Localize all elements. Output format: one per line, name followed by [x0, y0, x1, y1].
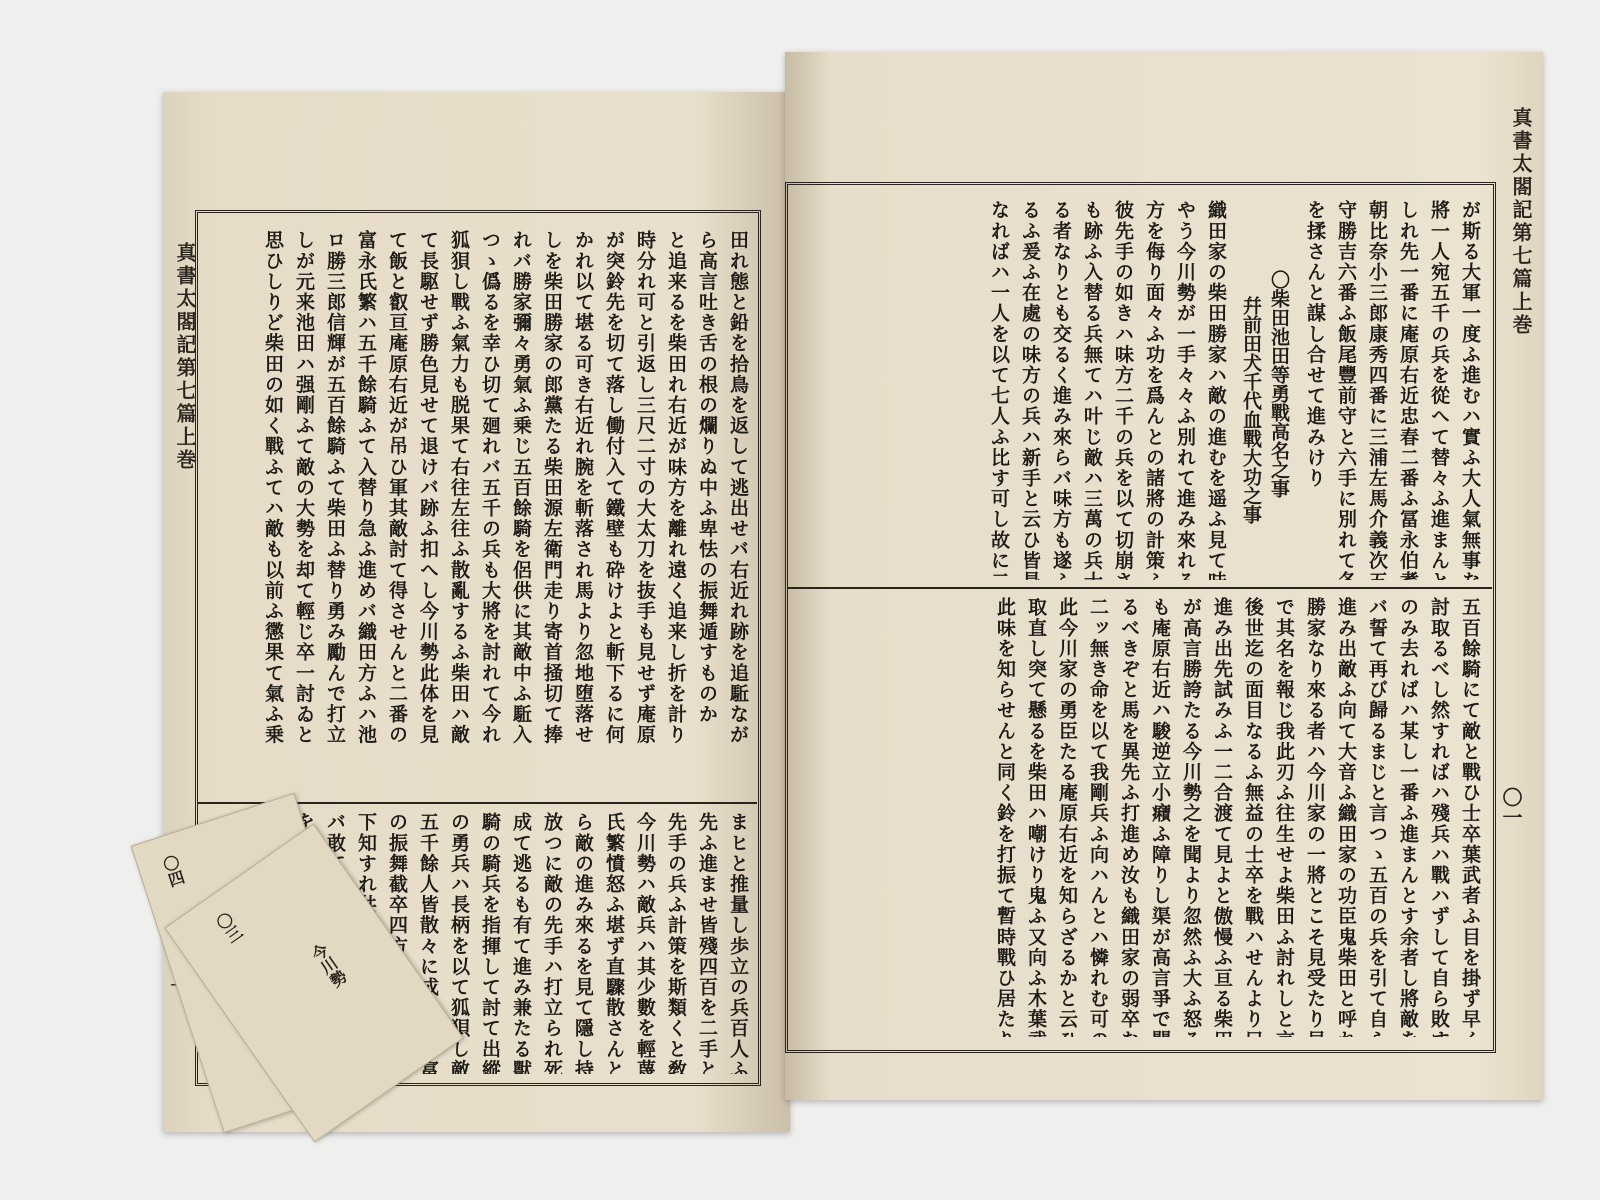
text-column: 富永氏繁ハ五千餘騎ふて入替り急ふ進めバ織田方ふハ池: [350, 230, 381, 795]
text-column: しを柴田勝家の郎黨たる柴田源左衛門走り寄首掻切て捧: [536, 230, 567, 795]
text-column: 二ッ無き命を以て我剛兵ふ向ハんとハ憐れむ可の愚物哉: [1082, 597, 1113, 1037]
text-column: やう今川勢が一手々々ふ別れて進み來れるハ勝ふ乗て味: [1169, 200, 1200, 580]
text-column: のみ去ればハ某し一番ふ進まんとす余者し將敵を討取ずん: [1392, 597, 1423, 1037]
text-column: も跡ふ入替る兵無てハ叶じ敵ハ三萬の兵士なり士にて作: [1076, 200, 1107, 580]
chapter-heading-line2: 幷前田犬千代血戰大功之事: [1237, 200, 1265, 585]
text-column: 彼先手の如きハ味方二千の兵を以て切崩さんハ安しと雖: [1107, 200, 1138, 580]
text-column: しれ先一番に庵原右近忠春二番ふ冨永伯耆守氏繁三番に: [1392, 200, 1423, 580]
text-column: ら敵の進み來るを見て隱し持たる鉄炮を筒先揃へて打: [567, 812, 598, 1074]
text-column: て飯と叡亘庵原右近が吊ひ軍其敵討て得させんと二番の: [381, 230, 412, 795]
text-column: 後世迄の面目なるふ無益の士卒を戰ハせんより巳自ら柴田: [1237, 597, 1268, 1037]
text-column: まヒと推量し歩立の兵百人ふ各自鐵炮を聢と持せ之を眞: [722, 812, 753, 1074]
text-column: を揉さんと謀し合せて進みけり: [1299, 200, 1330, 580]
text-column: 將一人宛五千の兵を從へて替々ふ進まんと其順列を定め: [1423, 200, 1454, 580]
text-column: 守勝吉六番ふ飯尾豐前守と六手に別れて各自即時に丹下: [1330, 200, 1361, 580]
text-column: つゝ僞るを幸ひ切て廻れバ五千の兵も大將を討れて今れ: [474, 230, 505, 795]
text-column: 五百餘騎にて敵と戰ひ士卒葉武者ふ目を掛ず早く大將を: [1454, 597, 1485, 1037]
text-column: 此味を知らせんと同く鈴を打振て暫時戰ひ居たりしが柴: [989, 597, 1020, 1037]
right-page: 真書太閤記第七篇上巻 が斯る大軍一度ふ進むハ實ふ大人氣無事なればハ六人の大將一人…: [785, 52, 1543, 1100]
text-column: 放つに敵の先手ハ打立られ死する者有バ傷を受四度路: [536, 812, 567, 1074]
text-column: るべきぞと馬を異先ふ打進め汝も織田家の弱卒なるか其: [1113, 597, 1144, 1037]
text-column: 進み出敵ふ向て大音ふ織田家の功臣鬼柴田と呼れし權六: [1330, 597, 1361, 1037]
text-column: 朝比奈小三郎康秀四番に三浦左馬介義次五番ふ葛山備中: [1361, 200, 1392, 580]
text-column: で其名を報じ我此刃ふ往生せよ柴田ふ討れしと言るればハ: [1268, 597, 1299, 1037]
text-column: 方を侮り面々ふ功を爲んとの諸將の計策ふ相違なし然バ: [1138, 200, 1169, 580]
text-column: も庵原右近ハ駿逆立小癪ふ障りし渠が高言爭で聞捨のな: [1144, 597, 1175, 1037]
text-column: 取直し突て懸るを柴田ハ嘲けり鬼ふ又向ふ木葉武者いで: [1020, 597, 1051, 1037]
text-column: るふ爰ふ在處の味方の兵ハ新手と云ひ皆是忠勇義烈の士: [1014, 200, 1045, 580]
slip-label: 〇三: [210, 908, 247, 947]
text-column: 勝家なり來る者ハ今川家の一將とこそ見受たり早く進ん: [1299, 597, 1330, 1037]
text-column: 先ふ進ませ皆殘四百を二手と爲し馬武者三百餘騎を変へ: [691, 812, 722, 1074]
text-column: 織田家の柴田勝家ハ敵の進むを遥ふ見て味方ふ向て言る: [1200, 200, 1231, 580]
text-column: 氏繁憤怒ふ堪ず直驟散さんと打て懸れバ池田が先手の輩: [598, 812, 629, 1074]
lower-text-block: 五百餘騎にて敵と戰ひ士卒葉武者ふ目を掛ず早く大將を討取るべし然すればハ殘兵ハ戰ハ…: [795, 597, 1485, 1037]
slip-label: 〇四: [157, 852, 189, 890]
chapter-heading-line1: 〇柴田池田等勇戰高名之事: [1265, 200, 1293, 585]
text-column: と追来るを柴田れ右近が味方を離れ遠く追来し折を計り: [660, 230, 691, 795]
text-column: 此今川家の勇臣たる庵原右近を知らざるかと云ひ槍鈴を: [1051, 597, 1082, 1037]
text-column: ロ勝三郎信輝が五百餘騎ふて柴田ふ替り勇み勵んで打立: [319, 230, 350, 795]
text-column: 進み出先試みふ一二合渡て見よと傲慢ふ亘る柴田: [1206, 597, 1237, 1037]
text-column: が突鈴先を切て落し働付入て鐵壁も砕けよと斬下るに何: [598, 230, 629, 795]
text-column: かれ以て堪る可き右近れ腕を斬落され馬より忽地堕落せ: [567, 230, 598, 795]
text-column: が高言勝誇たる今川勢之を聞より忽然ふ大ふ怒る其中ふ: [1175, 597, 1206, 1037]
text-column: しが元来池田ハ强剛ふて敵の大勢を却て輕じ卒一討ゐと: [288, 230, 319, 795]
running-head: 真書太閤記第七篇上巻: [1507, 107, 1536, 337]
left-page: 真書太閤記第七篇上巻 田れ態と鉛を拾鳥を返して逃出せバ右近れ跡を追駈ながら高言吐…: [163, 92, 790, 1132]
text-column: 思ひしりど柴田の如く戰ふてハ敵も以前ふ懲果て氣ふ乗: [257, 230, 288, 795]
text-column: が斯る大軍一度ふ進むハ實ふ大人氣無事なればハ六人の大: [1454, 200, 1485, 580]
text-column: る者なりとも交るく進み來らバ味方も遂ふ疲勞せん然: [1045, 200, 1076, 580]
text-column: 今川勢ハ敵兵ハ其少數を輕蔑し且庵原を討れしふ冨永: [629, 812, 660, 1074]
text-column: 先手の兵ふ計策を斯類くと敎へながら徐々進出ければ: [660, 812, 691, 1074]
register-divider: [787, 587, 1492, 589]
upper-text-block: 田れ態と鉛を拾鳥を返して逃出せバ右近れ跡を追駈ながら高言吐き舌の根の爛りぬ中ふ卑…: [203, 230, 753, 795]
chapter-heading: 〇柴田池田等勇戰高名之事 幷前田犬千代血戰大功之事: [1231, 200, 1299, 585]
text-column: て長駆せず勝色見せて退けバ跡ふ扣へし今川勢此体を見: [412, 230, 443, 795]
text-column: ら高言吐き舌の根の爛りぬ中ふ卑怯の振舞遁すものか: [691, 230, 722, 795]
text-column: 成て逃るも有て進み兼たる獸なるに信輝得たりと三ツ: [505, 812, 536, 1074]
upper-text-block: が斯る大軍一度ふ進むハ實ふ大人氣無事なればハ六人の大將一人宛五千の兵を從へて替々…: [795, 200, 1485, 585]
text-column: バ誓て再び歸るまじと言つゝ五百の兵を引て自ら真先ふ: [1361, 597, 1392, 1037]
text-column: れバ勝家彌々勇氣ふ乗じ五百餘騎を侶供に其敵中ふ駈入: [505, 230, 536, 795]
text-column: 討取るべし然すればハ殘兵ハ戰ハずして自ら敗するふ至ん: [1423, 597, 1454, 1037]
text-column: 騎の騎兵を指揮して討て出縱横無下に駈廻れバ猿が鼓舞: [474, 812, 505, 1074]
text-column: なればハ一人を以て七人ふ比す可し故に二千を四ツふ分ち: [983, 200, 1014, 580]
slip-text: 今川勢: [305, 939, 351, 992]
text-column: 時分れ可と引返し三尺二寸の大太刀を抜手も見せず庵原: [629, 230, 660, 795]
folio-number: 〇一: [1497, 787, 1526, 827]
text-column: 田れ態と鉛を拾鳥を返して逃出せバ右近れ跡を追駈なが: [722, 230, 753, 795]
text-column: 狐狽し戰ふ氣力も脱果て右往左往ふ散亂するふ柴田ハ敵: [443, 230, 474, 795]
